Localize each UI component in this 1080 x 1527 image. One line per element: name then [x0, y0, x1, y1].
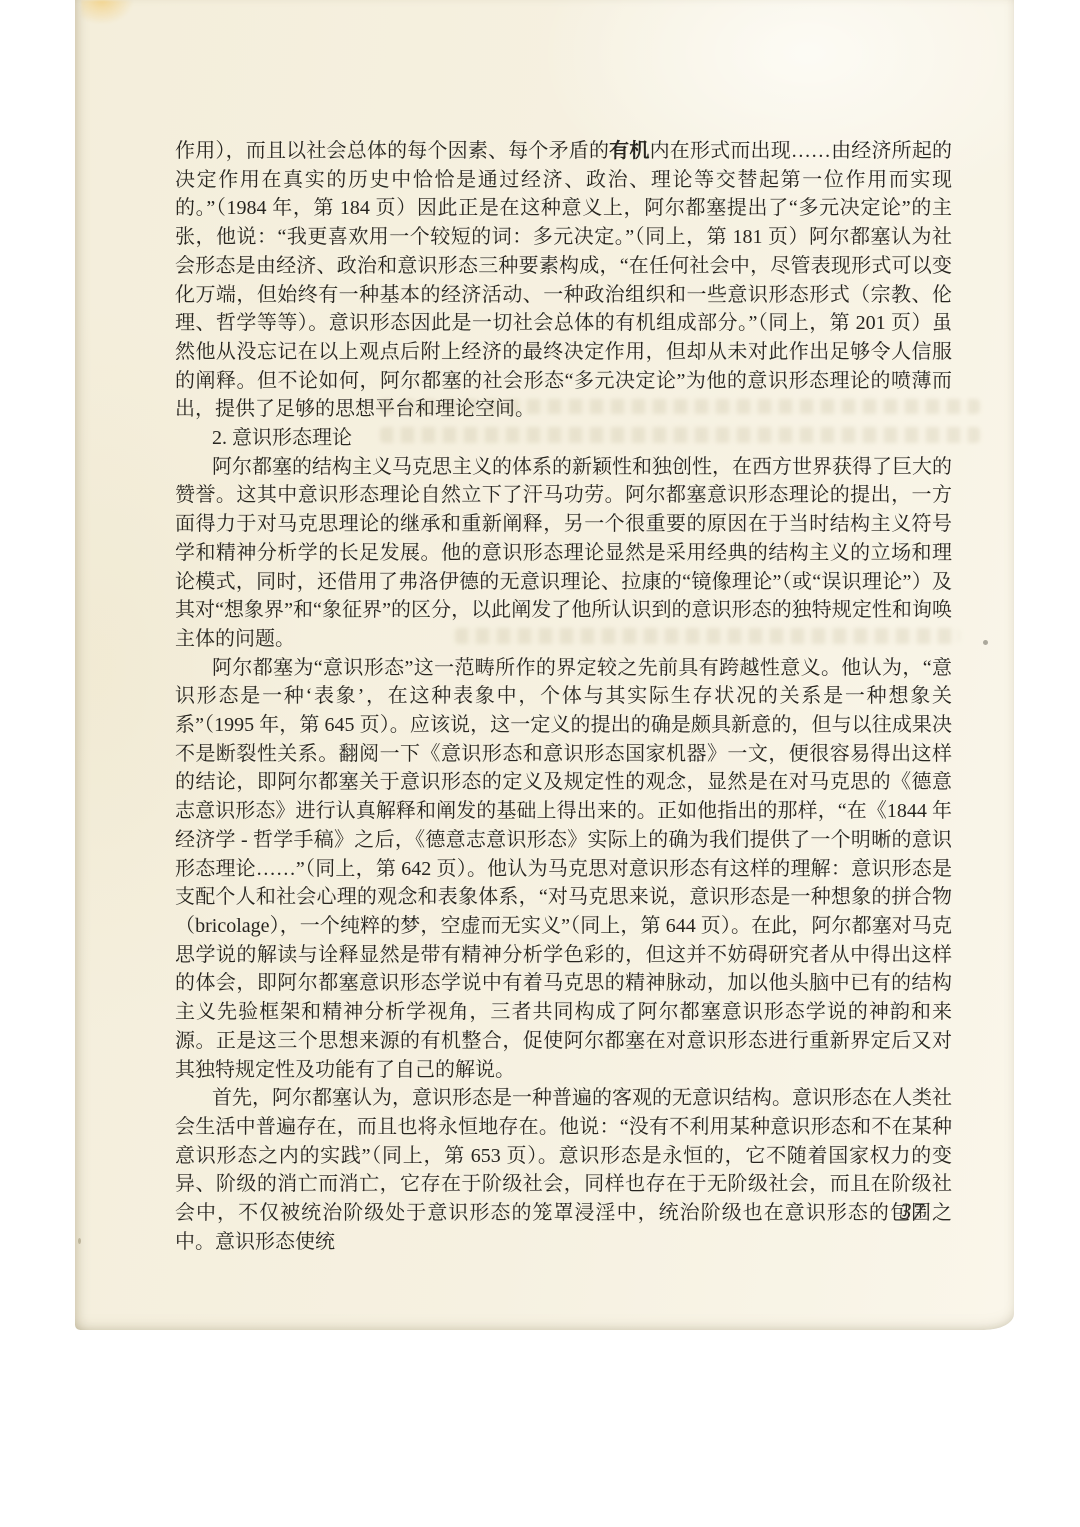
paragraph-continued: 作用），而且以社会总体的每个因素、每个矛盾的有机内在形式而出现……由经济所起的决…	[175, 137, 952, 424]
page-text-block: 作用），而且以社会总体的每个因素、每个矛盾的有机内在形式而出现……由经济所起的决…	[175, 137, 952, 1256]
paragraph: 首先，阿尔都塞认为，意识形态是一种普遍的客观的无意识结构。意识形态在人类社会生活…	[175, 1084, 952, 1256]
page-number: 37	[900, 1199, 925, 1225]
scanned-book-page: 作用），而且以社会总体的每个因素、每个矛盾的有机内在形式而出现……由经济所起的决…	[75, 0, 1014, 1330]
bold-term: 有机	[609, 140, 649, 162]
scan-speck	[78, 1238, 81, 1244]
paragraph-text: 作用），而且以社会总体的每个因素、每个矛盾的	[175, 140, 609, 162]
paragraph: 阿尔都塞为“意识形态”这一范畴所作的界定较之先前具有跨越性意义。他认为，“意识形…	[175, 654, 952, 1085]
paragraph-text: 内在形式而出现……由经济所起的决定作用在真实的历史中恰恰是通过经济、政治、理论等…	[175, 140, 952, 420]
paragraph: 阿尔都塞的结构主义马克思主义的体系的新颖性和独创性，在西方世界获得了巨大的赞誉。…	[175, 453, 952, 654]
section-heading: 2. 意识形态理论	[175, 424, 952, 453]
scan-speck	[983, 640, 988, 645]
paper-corner-stain	[81, 0, 133, 24]
